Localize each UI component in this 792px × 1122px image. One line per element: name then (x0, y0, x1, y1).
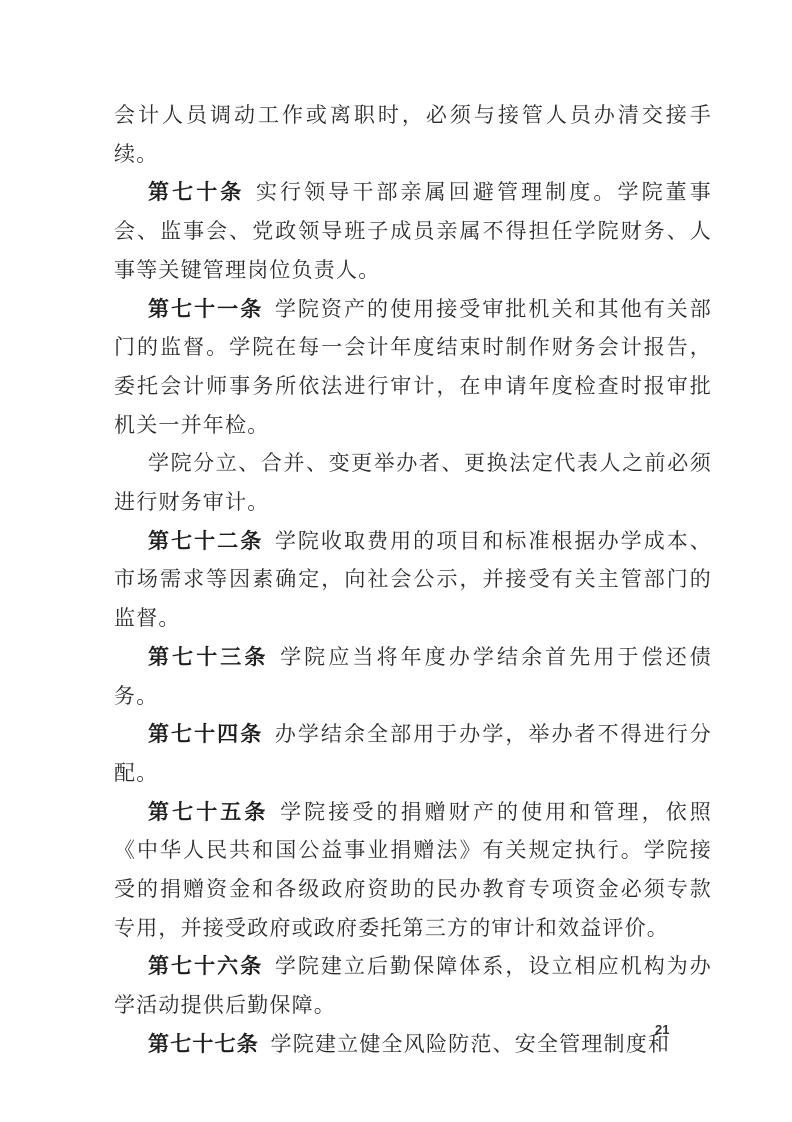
document-page: 会计人员调动工作或离职时，必须与接管人员办清交接手续。 第七十条实行领导干部亲属… (0, 0, 792, 1122)
article-heading: 第七十六条 (148, 954, 263, 978)
article-heading: 第七十七条 (148, 1032, 259, 1056)
paragraph: 会计人员调动工作或离职时，必须与接管人员办清交接手续。 (114, 96, 712, 173)
paragraph-text: 学院分立、合并、变更举办者、更换法定代表人之前必须进行财务审计。 (114, 451, 712, 514)
article-heading: 第七十一条 (148, 297, 263, 321)
paragraph: 第七十四条办学结余全部用于办学，举办者不得进行分配。 (114, 715, 712, 792)
article-heading: 第七十三条 (148, 645, 269, 669)
document-body: 会计人员调动工作或离职时，必须与接管人员办清交接手续。 第七十条实行领导干部亲属… (114, 96, 712, 1064)
paragraph-text: 学院建立健全风险防范、安全管理制度和 (271, 1032, 671, 1056)
paragraph: 第七十七条学院建立健全风险防范、安全管理制度和 (114, 1025, 712, 1064)
paragraph: 第七十六条学院建立后勤保障体系，设立相应机构为办学活动提供后勤保障。 (114, 947, 712, 1024)
paragraph: 第七十二条学院收取费用的项目和标准根据办学成本、市场需求等因素确定，向社会公示，… (114, 522, 712, 638)
paragraph: 第七十五条学院接受的捐赠财产的使用和管理，依照《中华人民共和国公益事业捐赠法》有… (114, 793, 712, 948)
paragraph: 第七十三条学院应当将年度办学结余首先用于偿还债务。 (114, 638, 712, 715)
article-heading: 第七十五条 (148, 800, 269, 824)
paragraph: 第七十条实行领导干部亲属回避管理制度。学院董事会、监事会、党政领导班子成员亲属不… (114, 173, 712, 289)
article-heading: 第七十四条 (148, 722, 263, 746)
article-heading: 第七十二条 (148, 529, 263, 553)
paragraph-text: 会计人员调动工作或离职时，必须与接管人员办清交接手续。 (114, 103, 712, 166)
page-number: 21 (655, 1022, 669, 1037)
paragraph: 第七十一条学院资产的使用接受审批机关和其他有关部门的监督。学院在每一会计年度结束… (114, 290, 712, 445)
paragraph: 学院分立、合并、变更举办者、更换法定代表人之前必须进行财务审计。 (114, 444, 712, 521)
article-heading: 第七十条 (148, 180, 244, 204)
